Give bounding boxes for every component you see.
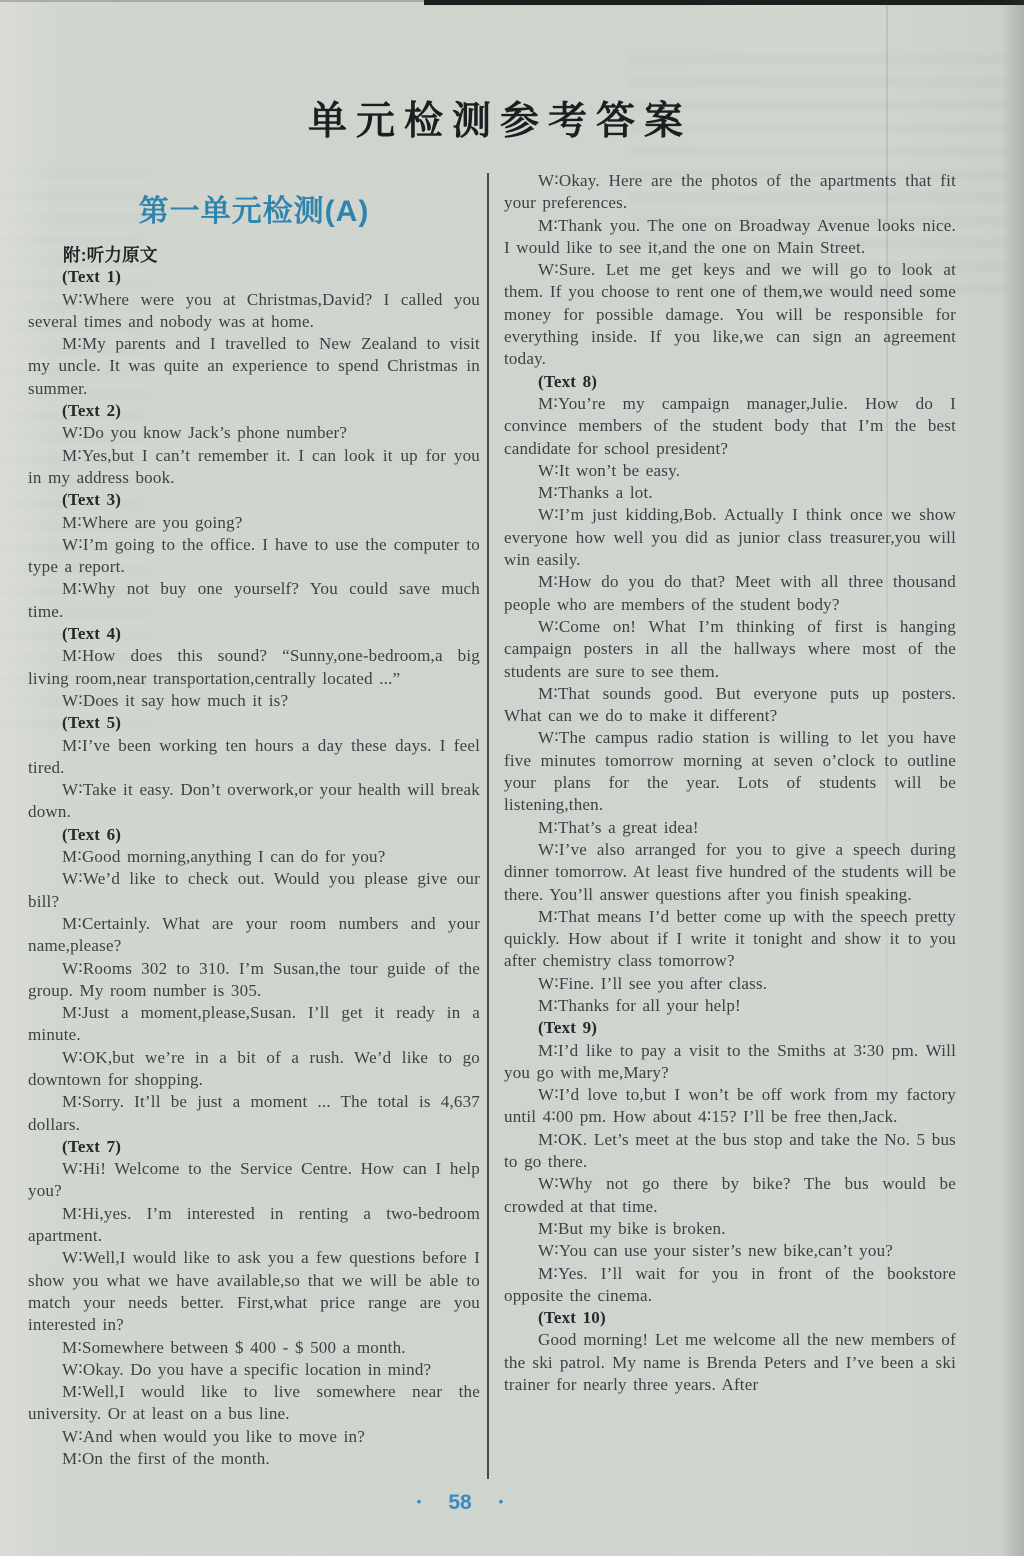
text-heading: (Text 2) (28, 400, 480, 422)
speaker-label: W∶ (62, 535, 83, 554)
speaker-label: W∶ (62, 869, 83, 888)
speaker-label: M∶ (62, 736, 82, 755)
dialogue-line: M∶Thank you. The one on Broadway Avenue … (504, 215, 956, 260)
speaker-label: M∶ (62, 1092, 82, 1111)
speaker-label: M∶ (62, 446, 82, 465)
right-column: W∶Okay. Here are the photos of the apart… (504, 170, 956, 1396)
dialogue-line: W∶Where were you at Christmas,David? I c… (28, 289, 480, 334)
page-title: 单元检测参考答案 (0, 90, 1000, 146)
dialogue-line: M∶On the first of the month. (28, 1448, 480, 1470)
dialogue-line: M∶Certainly. What are your room numbers … (28, 913, 480, 958)
dialogue-line: W∶Do you know Jack’s phone number? (28, 422, 480, 444)
speaker-label: M∶ (538, 394, 558, 413)
dialogue-line: M∶How do you do that? Meet with all thre… (504, 571, 956, 616)
speaker-label: W∶ (62, 1159, 83, 1178)
text-heading: (Text 10) (504, 1307, 956, 1329)
speaker-label: M∶ (538, 996, 558, 1015)
speaker-label: W∶ (62, 959, 83, 978)
dialogue-line: W∶The campus radio station is willing to… (504, 727, 956, 816)
dialogue-line: M∶Why not buy one yourself? You could sa… (28, 578, 480, 623)
page-number: 58 (448, 1491, 471, 1514)
dialogue-line: W∶It won’t be easy. (504, 460, 956, 482)
dialogue-line: M∶OK. Let’s meet at the bus stop and tak… (504, 1129, 956, 1174)
scan-top-edge-left (0, 0, 424, 2)
speaker-label: W∶ (538, 617, 559, 636)
speaker-label: W∶ (538, 728, 559, 747)
speaker-label: W∶ (62, 780, 83, 799)
speaker-label: M∶ (538, 684, 558, 703)
speaker-label: M∶ (62, 1338, 82, 1357)
scan-top-edge (424, 0, 1024, 5)
scanned-answer-page: 单元检测参考答案 第一单元检测(A) 附:听力原文(Text 1)W∶Where… (0, 0, 1024, 1556)
speaker-label: W∶ (538, 505, 559, 524)
dialogue-line: W∶I’ve also arranged for you to give a s… (504, 839, 956, 906)
dialogue-line: M∶How does this sound? “Sunny,one-bedroo… (28, 645, 480, 690)
dialogue-line: W∶I’m just kidding,Bob. Actually I think… (504, 504, 956, 571)
left-column: 第一单元检测(A) 附:听力原文(Text 1)W∶Where were you… (28, 186, 480, 1470)
dialogue-line: W∶Take it easy. Don’t overwork,or your h… (28, 779, 480, 824)
speaker-label: M∶ (62, 579, 82, 598)
dialogue-line: W∶Come on! What I’m thinking of first is… (504, 616, 956, 683)
speaker-label: W∶ (62, 290, 83, 309)
speaker-label: M∶ (538, 483, 558, 502)
speaker-label: M∶ (538, 1041, 558, 1060)
dialogue-line: W∶Fine. I’ll see you after class. (504, 973, 956, 995)
text-heading: (Text 7) (28, 1136, 480, 1158)
footer-left-dot: • (417, 1494, 422, 1509)
monologue-paragraph: Good morning! Let me welcome all the new… (504, 1329, 956, 1396)
speaker-label: W∶ (538, 461, 559, 480)
dialogue-line: M∶Just a moment,please,Susan. I’ll get i… (28, 1002, 480, 1047)
dialogue-line: W∶I’d love to,but I won’t be off work fr… (504, 1084, 956, 1129)
speaker-label: M∶ (62, 513, 82, 532)
text-heading: (Text 5) (28, 712, 480, 734)
dialogue-line: M∶You’re my campaign manager,Julie. How … (504, 393, 956, 460)
speaker-label: W∶ (62, 1048, 83, 1067)
text-heading: (Text 9) (504, 1017, 956, 1039)
speaker-label: W∶ (62, 423, 83, 442)
dialogue-line: M∶Good morning,anything I can do for you… (28, 846, 480, 868)
page-edge-shadow (1002, 0, 1024, 1556)
text-heading: (Text 4) (28, 623, 480, 645)
dialogue-line: M∶Hi,yes. I’m interested in renting a tw… (28, 1203, 480, 1248)
dialogue-line: W∶Sure. Let me get keys and we will go t… (504, 259, 956, 370)
dialogue-line: W∶I’m going to the office. I have to use… (28, 534, 480, 579)
speaker-label: M∶ (538, 216, 558, 235)
speaker-label: W∶ (538, 1174, 559, 1193)
section-title: 第一单元检测(A) (28, 186, 480, 230)
speaker-label: W∶ (538, 1241, 559, 1260)
footer-right-dot: • (499, 1494, 504, 1509)
speaker-label: M∶ (62, 847, 82, 866)
speaker-label: W∶ (62, 1248, 83, 1267)
speaker-label: M∶ (538, 907, 558, 926)
speaker-label: W∶ (538, 1085, 559, 1104)
speaker-label: M∶ (62, 334, 82, 353)
speaker-label: W∶ (62, 1427, 83, 1446)
dialogue-line: M∶That means I’d better come up with the… (504, 906, 956, 973)
speaker-label: W∶ (538, 171, 559, 190)
speaker-label: W∶ (62, 1360, 83, 1379)
speaker-label: M∶ (62, 646, 82, 665)
dialogue-line: M∶But my bike is broken. (504, 1218, 956, 1240)
page-footer: •58• (0, 1491, 920, 1515)
speaker-label: M∶ (538, 572, 558, 591)
speaker-label: M∶ (538, 818, 558, 837)
speaker-label: M∶ (538, 1130, 558, 1149)
transcript-label: 附:听力原文 (28, 244, 480, 266)
dialogue-line: M∶I’ve been working ten hours a day thes… (28, 735, 480, 780)
right-column-text: W∶Okay. Here are the photos of the apart… (504, 170, 956, 1396)
left-column-text: 附:听力原文(Text 1)W∶Where were you at Christ… (28, 244, 480, 1470)
dialogue-line: W∶You can use your sister’s new bike,can… (504, 1240, 956, 1262)
text-heading: (Text 1) (28, 266, 480, 288)
text-heading: (Text 8) (504, 371, 956, 393)
dialogue-line: W∶We’d like to check out. Would you plea… (28, 868, 480, 913)
speaker-label: M∶ (62, 1382, 82, 1401)
dialogue-line: M∶Yes. I’ll wait for you in front of the… (504, 1263, 956, 1308)
dialogue-line: W∶Hi! Welcome to the Service Centre. How… (28, 1158, 480, 1203)
text-heading: (Text 6) (28, 824, 480, 846)
speaker-label: M∶ (62, 914, 82, 933)
speaker-label: W∶ (62, 691, 83, 710)
dialogue-line: W∶Okay. Here are the photos of the apart… (504, 170, 956, 215)
text-heading: (Text 3) (28, 489, 480, 511)
dialogue-line: W∶Why not go there by bike? The bus woul… (504, 1173, 956, 1218)
dialogue-line: M∶Yes,but I can’t remember it. I can loo… (28, 445, 480, 490)
dialogue-line: W∶Rooms 302 to 310. I’m Susan,the tour g… (28, 958, 480, 1003)
dialogue-line: M∶Somewhere between $ 400 - $ 500 a mont… (28, 1337, 480, 1359)
speaker-label: M∶ (538, 1264, 558, 1283)
dialogue-line: W∶Well,I would like to ask you a few que… (28, 1247, 480, 1336)
speaker-label: M∶ (62, 1449, 82, 1468)
dialogue-line: W∶Does it say how much it is? (28, 690, 480, 712)
dialogue-line: W∶And when would you like to move in? (28, 1426, 480, 1448)
dialogue-line: M∶Sorry. It’ll be just a moment ... The … (28, 1091, 480, 1136)
speaker-label: W∶ (538, 974, 559, 993)
dialogue-line: M∶My parents and I travelled to New Zeal… (28, 333, 480, 400)
dialogue-line: W∶Okay. Do you have a specific location … (28, 1359, 480, 1381)
dialogue-line: M∶Well,I would like to live somewhere ne… (28, 1381, 480, 1426)
dialogue-line: M∶That sounds good. But everyone puts up… (504, 683, 956, 728)
speaker-label: W∶ (538, 840, 559, 859)
dialogue-line: M∶I’d like to pay a visit to the Smiths … (504, 1040, 956, 1085)
speaker-label: M∶ (62, 1003, 82, 1022)
dialogue-line: M∶Thanks for all your help! (504, 995, 956, 1017)
speaker-label: M∶ (62, 1204, 82, 1223)
dialogue-line: W∶OK,but we’re in a bit of a rush. We’d … (28, 1047, 480, 1092)
column-divider-rule (487, 173, 489, 1479)
dialogue-line: M∶Where are you going? (28, 512, 480, 534)
dialogue-line: M∶Thanks a lot. (504, 482, 956, 504)
speaker-label: W∶ (538, 260, 559, 279)
dialogue-line: M∶That’s a great idea! (504, 817, 956, 839)
speaker-label: M∶ (538, 1219, 558, 1238)
